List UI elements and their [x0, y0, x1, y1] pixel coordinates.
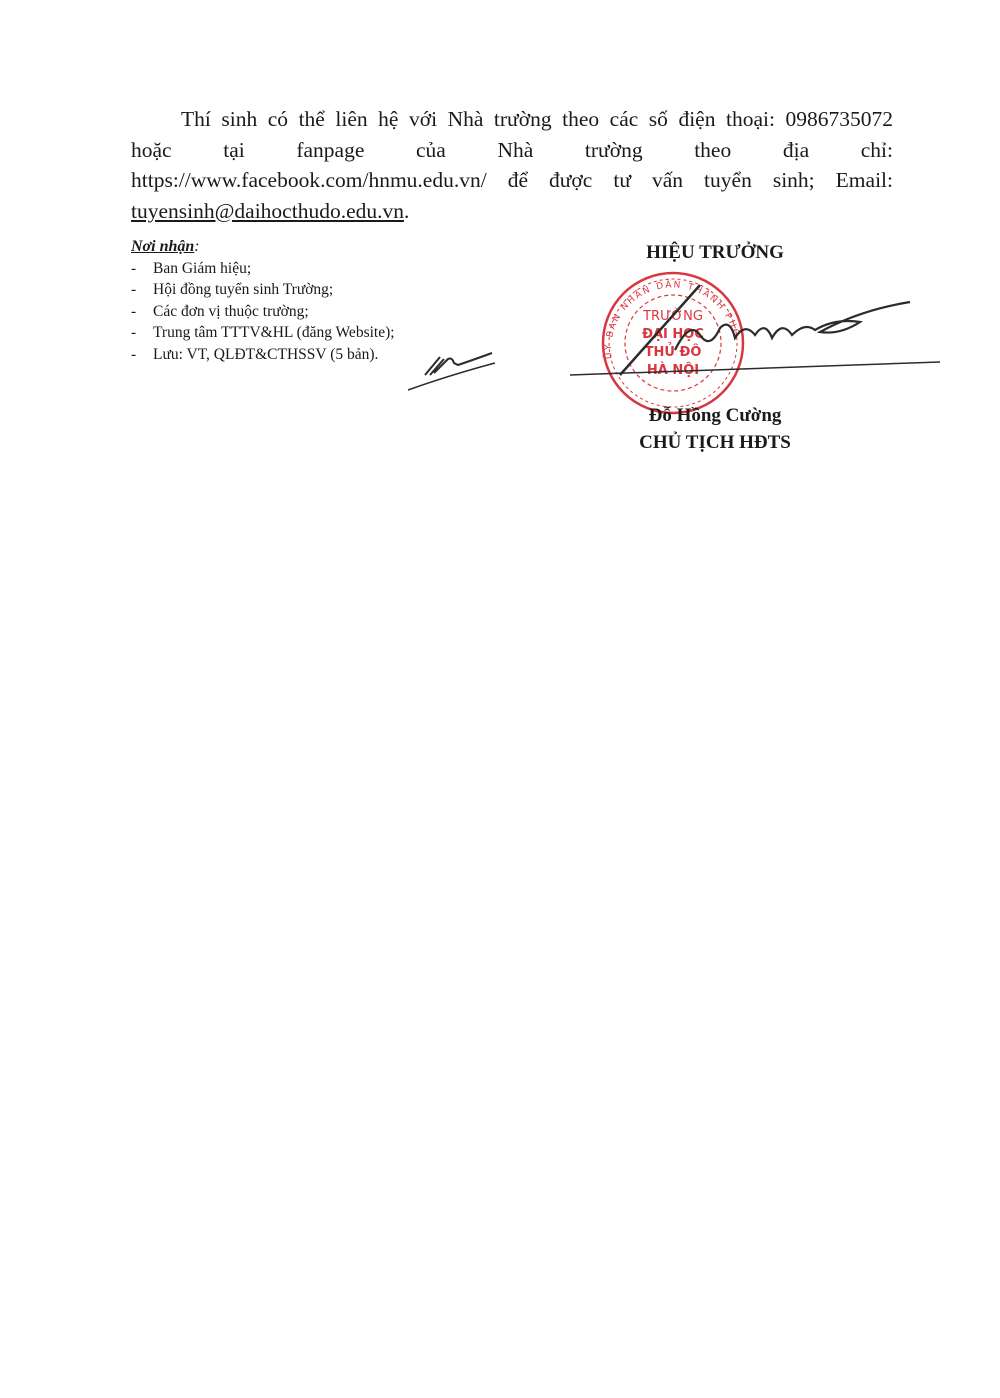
email-suffix: . [404, 199, 409, 223]
recipient-item: Ban Giám hiệu; [131, 258, 551, 280]
paragraph-line-2: hoặc tại fanpage của Nhà trường theo địa… [131, 135, 893, 166]
email-link[interactable]: tuyensinh@daihocthudo.edu.vn [131, 199, 404, 223]
signer-name: Đỗ Hồng Cường [600, 405, 830, 427]
signer-position: CHỦ TỊCH HĐTS [600, 432, 830, 454]
paragraph-line-4: tuyensinh@daihocthudo.edu.vn. [131, 196, 893, 227]
recipients-heading-text: Nơi nhận [131, 238, 194, 255]
signer-title: HIỆU TRƯỞNG [600, 242, 830, 264]
recipients-heading: Nơi nhận: [131, 236, 551, 258]
paragraph-line-3: https://www.facebook.com/hnmu.edu.vn/ để… [131, 165, 893, 196]
paragraph-line-1: Thí sinh có thể liên hệ với Nhà trường t… [131, 104, 893, 135]
contact-paragraph: Thí sinh có thể liên hệ với Nhà trường t… [131, 104, 893, 226]
recipient-item: Các đơn vị thuộc trường; [131, 301, 551, 323]
recipient-item: Hội đồng tuyển sinh Trường; [131, 279, 551, 301]
initials-signature-icon [400, 345, 500, 395]
handwritten-signature-icon [560, 280, 950, 400]
recipient-item: Trung tâm TTTV&HL (đăng Website); [131, 322, 551, 344]
recipients-heading-colon: : [194, 238, 199, 255]
